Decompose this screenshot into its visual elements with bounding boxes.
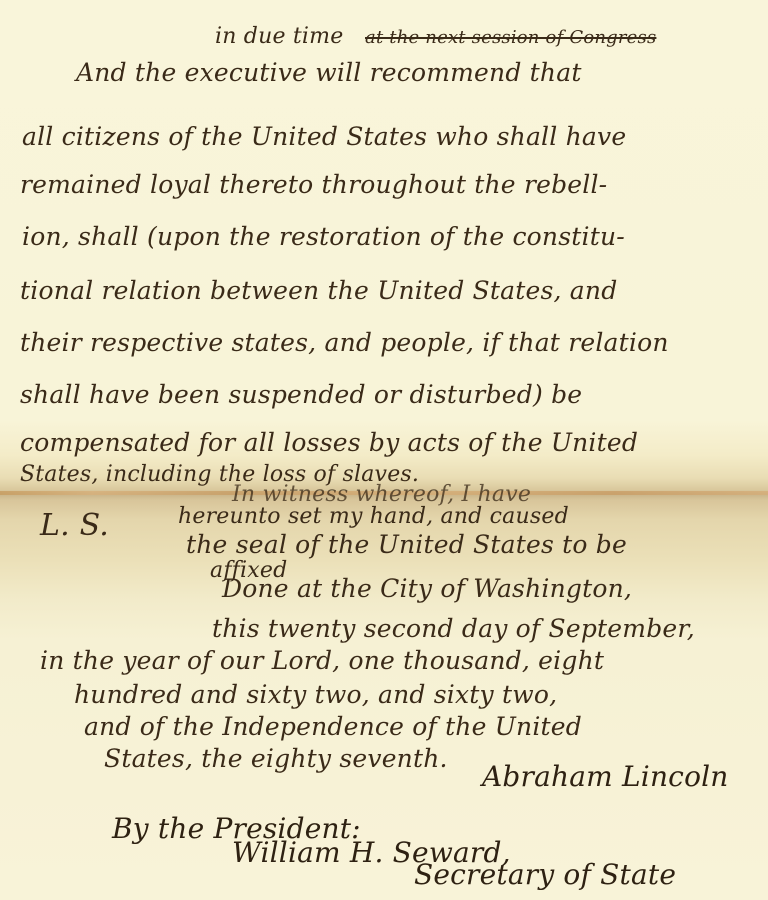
- seal-mark: L. S.: [40, 508, 109, 543]
- president-signature: Abraham Lincoln: [482, 760, 729, 793]
- body-line-4: ion, shall (upon the restoration of the …: [22, 222, 625, 251]
- attestation-line-10: States, the eighty seventh.: [104, 744, 448, 773]
- body-line-2: all citizens of the United States who sh…: [22, 122, 626, 151]
- body-line-8: compensated for all losses by acts of th…: [20, 428, 638, 457]
- attestation-line-5: Done at the City of Washington,: [222, 574, 632, 603]
- attestation-line-2: hereunto set my hand, and caused: [178, 504, 569, 529]
- struck-text: at the next session of Congress: [365, 27, 656, 48]
- attestation-line-8: hundred and sixty two, and sixty two,: [74, 680, 557, 709]
- body-line-6: their respective states, and people, if …: [20, 328, 669, 357]
- secretary-title: Secretary of State: [414, 858, 676, 891]
- attestation-line-9: and of the Independence of the United: [84, 712, 582, 741]
- body-line-1: And the executive will recommend that: [76, 58, 582, 87]
- body-line-5: tional relation between the United State…: [20, 276, 617, 305]
- attestation-line-3: the seal of the United States to be: [186, 530, 627, 559]
- insertion-line: in due time at the next session of Congr…: [215, 24, 656, 49]
- attestation-line-7: in the year of our Lord, one thousand, e…: [40, 646, 604, 675]
- body-line-7: shall have been suspended or disturbed) …: [20, 380, 582, 409]
- attestation-line-6: this twenty second day of September,: [212, 614, 695, 643]
- body-line-3: remained loyal thereto throughout the re…: [20, 170, 607, 199]
- insertion-text: in due time: [215, 24, 343, 49]
- manuscript-page: in due time at the next session of Congr…: [0, 0, 768, 900]
